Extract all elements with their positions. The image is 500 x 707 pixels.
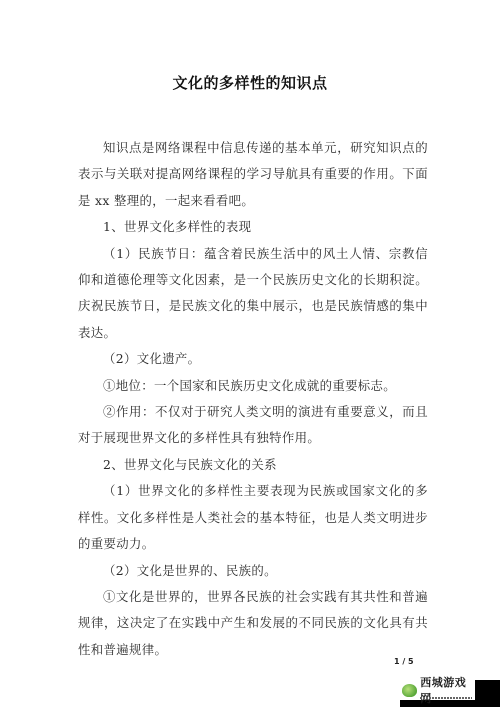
paragraph-intro: 知识点是网络课程中信息传递的基本单元，研究知识点的表示与关联对提高网络课程的学习… bbox=[78, 135, 428, 214]
document-page: 文化的多样性的知识点 知识点是网络课程中信息传递的基本单元，研究知识点的表示与关… bbox=[0, 0, 500, 707]
paragraph-heritage-status: ①地位：一个国家和民族历史文化成就的重要标志。 bbox=[78, 373, 428, 399]
page-number: 1 / 5 bbox=[394, 657, 414, 666]
heading-section-2: 2、世界文化与民族文化的关系 bbox=[78, 452, 428, 478]
heading-section-1: 1、世界文化多样性的表现 bbox=[78, 214, 428, 240]
leaf-logo-icon bbox=[402, 684, 417, 697]
paragraph-diversity: （1）世界文化的多样性主要表现为民族或国家文化的多样性。文化多样性是人类社会的基… bbox=[78, 478, 428, 557]
paragraph-world-culture: ①文化是世界的，世界各民族的社会实践有其共性和普遍规律，这决定了在实践中产生和发… bbox=[78, 584, 428, 663]
paragraph-festivals: （1）民族节日：蕴含着民族生活中的风土人情、宗教信仰和道德伦理等文化因素，是一个… bbox=[78, 241, 428, 347]
paragraph-heritage-role: ②作用：不仅对于研究人类文明的演进有重要意义，而且对于展现世界文化的多样性具有独… bbox=[78, 399, 428, 452]
subheading-world-national: （2）文化是世界的、民族的。 bbox=[78, 558, 428, 584]
subheading-heritage: （2）文化遗产。 bbox=[78, 346, 428, 372]
watermark-subtext bbox=[420, 697, 472, 699]
document-title: 文化的多样性的知识点 bbox=[0, 72, 500, 93]
watermark-text: 西城游戏网 bbox=[420, 674, 475, 706]
document-body: 知识点是网络课程中信息传递的基本单元，研究知识点的表示与关联对提高网络课程的学习… bbox=[78, 135, 428, 663]
